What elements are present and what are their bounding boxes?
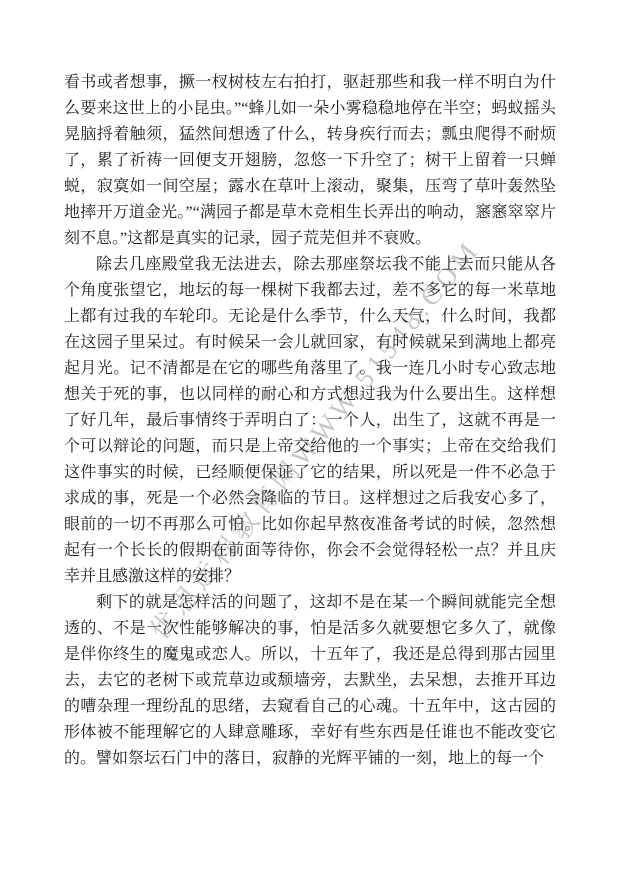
document-page: 优思远程教育网WWW.51548.COM 看书或者想事，撅一杈树枝左右拍打，驱赶… [0,0,620,876]
body-paragraph: 剩下的就是怎样活的问题了，这却不是在某一个瞬间就能完全想透的、不是一次性能够解决… [64,590,556,772]
body-paragraph: 看书或者想事，撅一杈树枝左右拍打，驱赶那些和我一样不明白为什么要来这世上的小昆虫… [64,70,556,252]
body-paragraph: 除去几座殿堂我无法进去，除去那座祭坛我不能上去而只能从各个角度张望它，地坛的每一… [64,252,556,590]
body-text: 看书或者想事，撅一杈树枝左右拍打，驱赶那些和我一样不明白为什么要来这世上的小昆虫… [64,70,556,772]
